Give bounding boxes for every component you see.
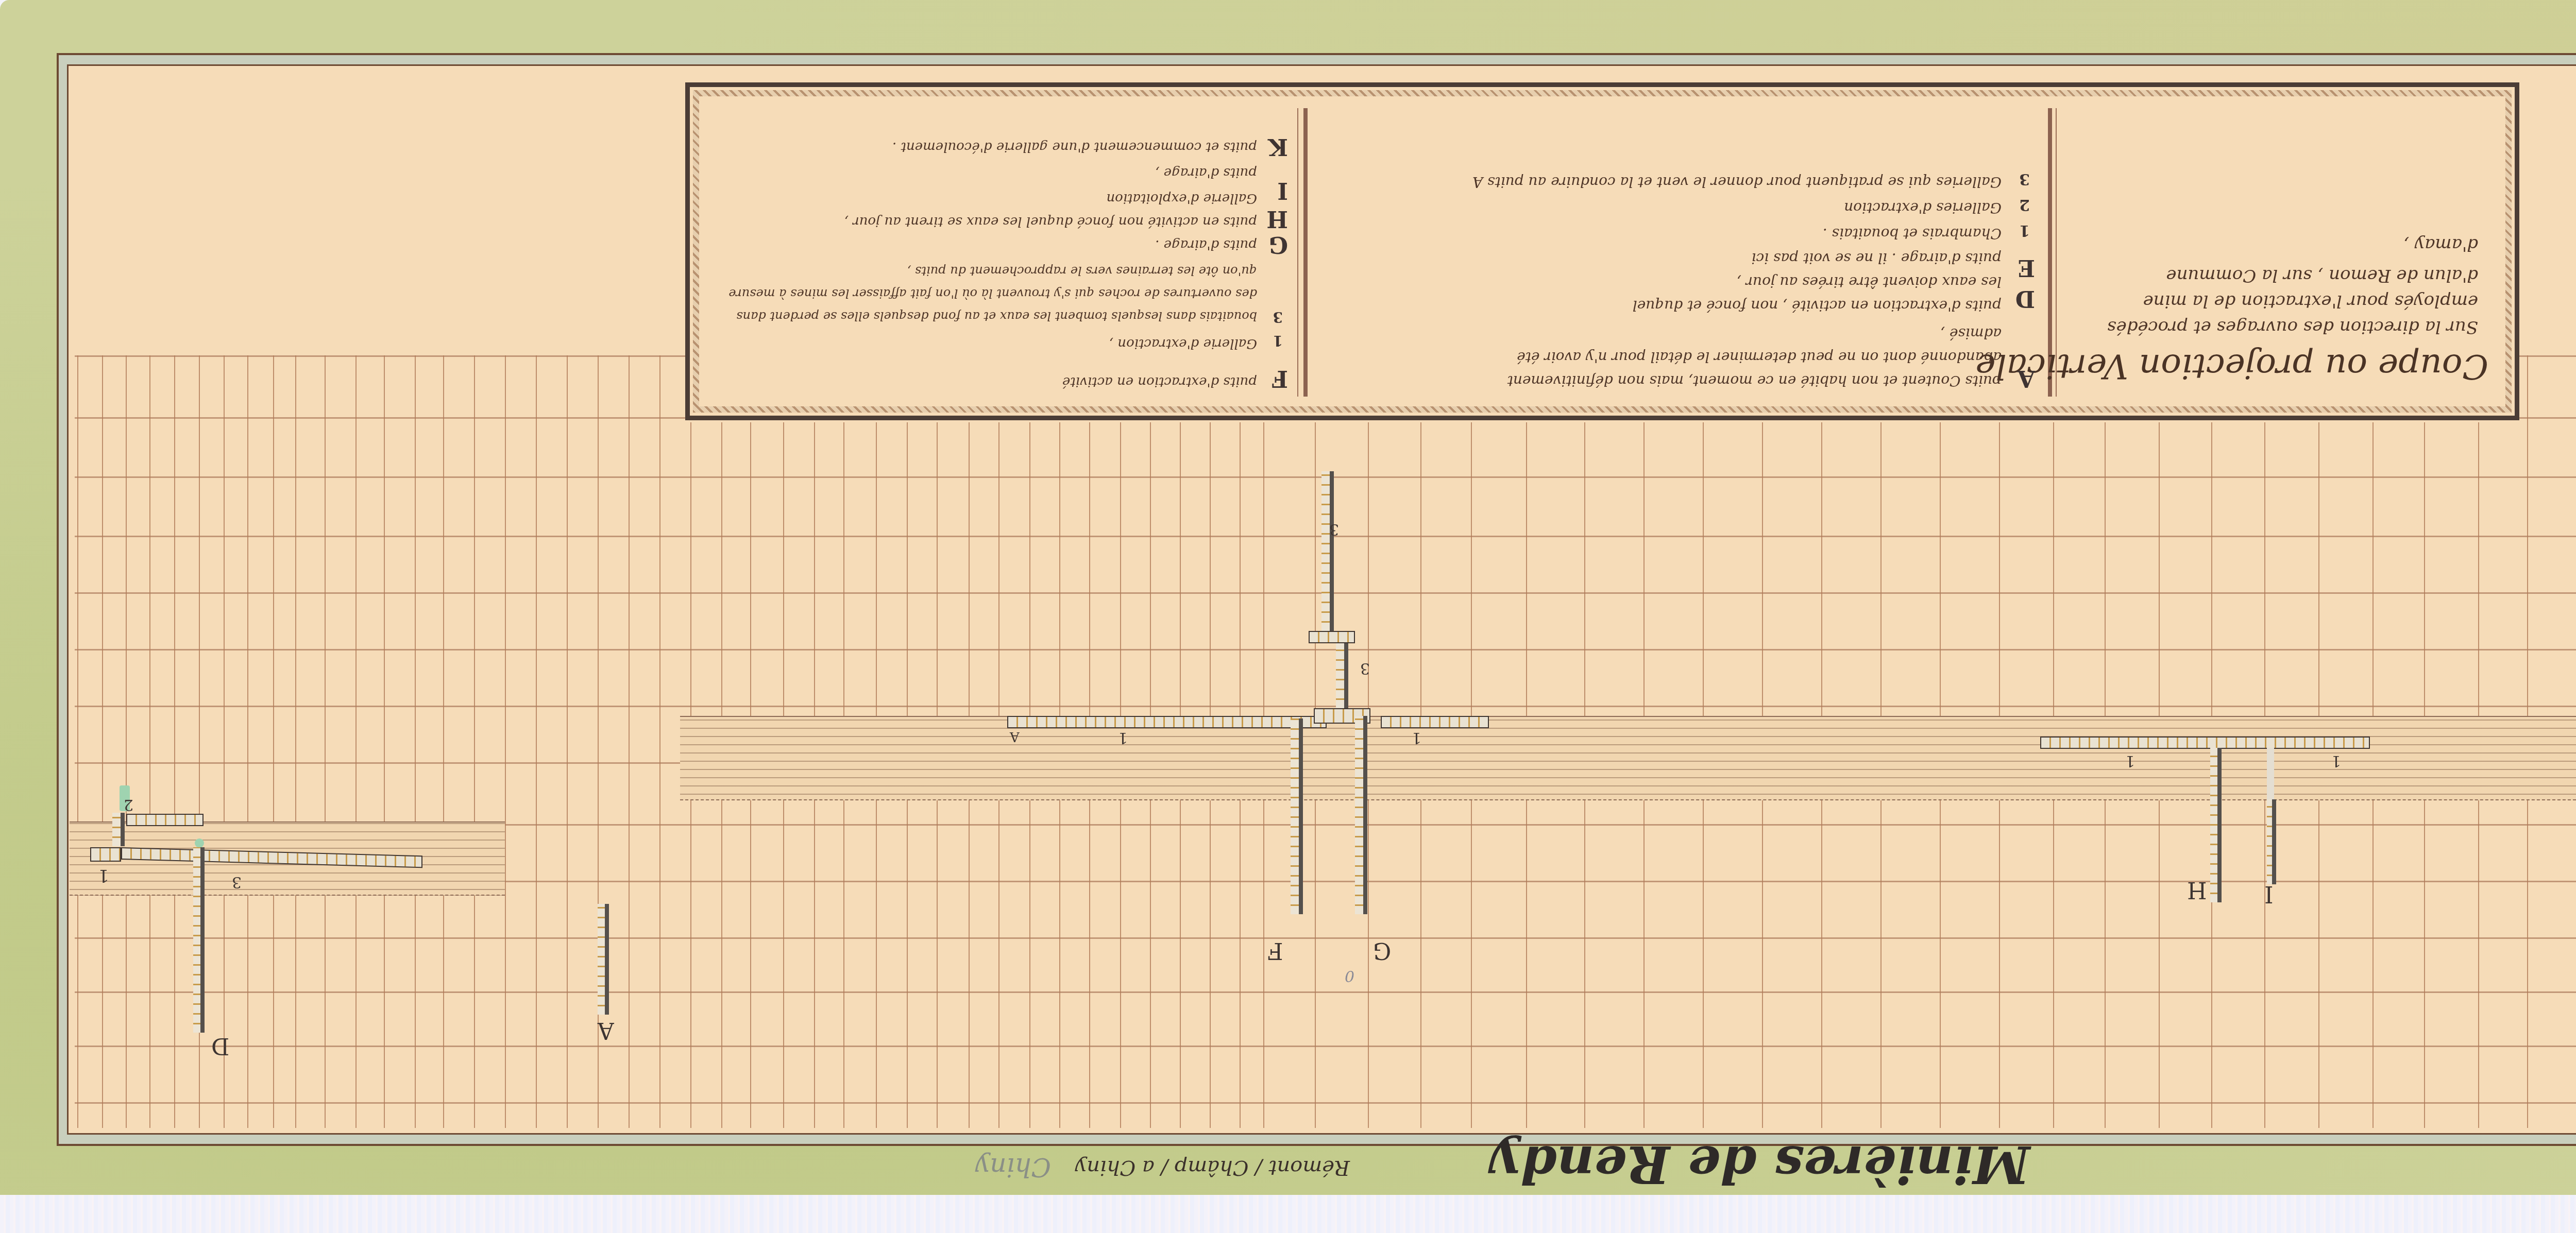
cartouche-divider-1: [1303, 108, 1308, 397]
shaft-d: [193, 847, 205, 1033]
label-shaft-a: A: [598, 1017, 614, 1043]
legend-letter-h: H: [1266, 205, 1288, 232]
gallery-1-right: [2040, 737, 2370, 749]
gallery-1-center-left: [1007, 716, 1327, 728]
water-level-marker-2: [195, 838, 204, 848]
title-faint-note: Chiny: [975, 1152, 1051, 1182]
legend-f-num-3: 3: [1273, 309, 1283, 326]
label-gallery-3-left: 3: [232, 873, 242, 891]
label-shaft-g: G: [1373, 937, 1391, 964]
cartouche-subtitle-1: Sur la direction des ouvrages et procédé…: [2107, 317, 2478, 337]
legend-column-a: A puits Coutent et non habité en ce mome…: [1314, 108, 2040, 397]
legend-a-line-2: abandonné dont on ne peut determiner le …: [1517, 349, 2002, 366]
title-strip: Minières de Rendy Rémont / Châmp / a Chi…: [845, 1136, 2030, 1197]
shaft-g: [1355, 716, 1367, 914]
gallery-3-upper: [1309, 631, 1355, 643]
label-shaft-d: D: [211, 1033, 229, 1059]
rock-stratum-main: [680, 716, 2576, 800]
cartouche-subtitle-2: employés pour l'extraction de la mine: [2143, 291, 2478, 312]
legend-i-line: Gallerie d'exploitation: [1106, 191, 1257, 206]
cartouche-subtitle-4: d'amay ,: [2403, 234, 2478, 255]
shaft-a: [598, 904, 609, 1015]
legend-f-num-3-text: bouaitais dans lesquels tombent les eaux…: [711, 260, 1257, 328]
label-shaft-i: I: [2264, 881, 2273, 907]
legend-letter-e: E: [2018, 254, 2035, 281]
legend-letter-a: A: [2018, 365, 2035, 391]
legend-a-num-1-text: Chambrais et bouaitais .: [1823, 225, 2002, 242]
legend-f-num-1-text: Gallerie d'extraction ,: [1109, 336, 1257, 351]
legend-k-line: puits et commencement d'une gallerie d'é…: [892, 139, 1257, 155]
title-note: Rémont / Châmp / a Chiny: [1075, 1156, 1350, 1179]
label-shaft-f: F: [1267, 937, 1283, 964]
main-title: Minières de Rendy: [1491, 1134, 2030, 1195]
label-gallery-1-center-right: 1: [1412, 729, 1421, 747]
legend-a-line-3: admisé ,: [1940, 325, 2002, 342]
label-shaft-h: H: [2187, 877, 2207, 903]
legend-a-num-3-text: Galleries qui se pratiquent pour donner …: [1472, 174, 2002, 191]
label-gallery-1-left: 1: [98, 865, 109, 886]
gallery-2-left: [126, 814, 204, 826]
label-gallery-1-right-b: 1: [2331, 752, 2341, 770]
legend-f-num-1: 1: [1273, 332, 1283, 349]
shaft-f: [1291, 718, 1303, 914]
legend-e-line: puits d'airage . il ne se voit pas ici: [1752, 250, 2002, 267]
gallery-3-lower-riser: [1336, 639, 1348, 708]
cartouche-heading: Coupe ou projection Verticale: [1976, 347, 2488, 386]
label-gallery-a-mark: A: [1010, 729, 1020, 744]
cartouche-divider-1-thin: [1297, 108, 1298, 397]
air-shaft-i-upper: [2267, 748, 2274, 799]
gallery-1-left: [90, 847, 121, 862]
cartouche-subtitle-3: d'alun de Remon , sur la Commune: [2166, 265, 2478, 286]
legend-a-num-3: 3: [2019, 170, 2030, 188]
legend-letter-i: I: [1277, 177, 1288, 203]
gallery-3-upper-riser: [1321, 471, 1334, 631]
label-gallery-3-lower: 3: [1360, 659, 1370, 677]
legend-column-f: F puits d'extraction en activité 1 Galle…: [701, 108, 1293, 397]
legend-a-num-1: 1: [2019, 221, 2030, 239]
label-gallery-3-upper: 3: [1329, 520, 1339, 538]
label-gallery-2-left: 2: [124, 796, 133, 814]
legend-a-num-2-text: Galleries d'extraction: [1844, 199, 2002, 216]
gallery-1-center-right: [1381, 716, 1489, 728]
legend-a-line-1: puits Coutent et non habité en ce moment…: [1507, 372, 2002, 389]
legend-d-line-2: les eaux doivent être tirées au jour ,: [1737, 273, 2002, 290]
legend-h-line: puits en activité non foncé duquel les e…: [844, 214, 1257, 229]
legend-letter-k: K: [1268, 133, 1288, 160]
label-gallery-1-center-left: 1: [1118, 729, 1128, 747]
shaft-i: [2267, 799, 2276, 884]
label-gallery-1-right-a: 1: [2125, 752, 2135, 770]
legend-d-line-1: puits d'extraction en activité , non fon…: [1633, 297, 2002, 314]
legend-letter-g: G: [1268, 231, 1288, 258]
shaft-h: [2210, 748, 2222, 902]
cartouche-title-block: Coupe ou projection Verticale Sur la dir…: [2066, 108, 2499, 397]
pencil-mark: 0: [1345, 968, 1354, 986]
legend-a-num-2: 2: [2019, 196, 2030, 214]
legend-letter-d: D: [2015, 285, 2035, 312]
legend-f-line: puits d'extraction en activité: [1062, 374, 1257, 389]
shaft-small-left: [112, 813, 125, 846]
legend-i-sub: puits d'airage ,: [1155, 165, 1257, 180]
legend-g-line: puits d'airage .: [1155, 237, 1257, 252]
legend-letter-f: F: [1272, 365, 1288, 391]
